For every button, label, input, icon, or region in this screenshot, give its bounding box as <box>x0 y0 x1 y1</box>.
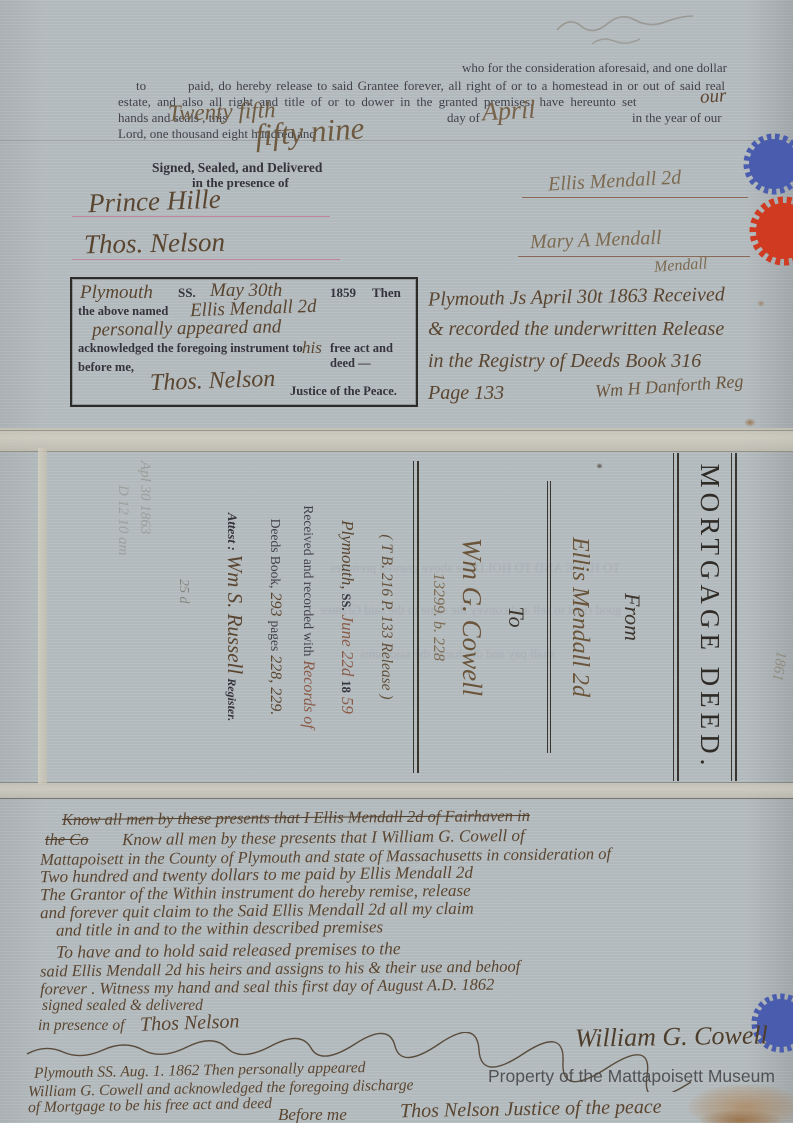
docket-corner-mark: 1861 <box>768 650 789 682</box>
red-wafer-seal <box>748 195 793 267</box>
docket-pages-numbers: 228, 229. <box>267 655 284 715</box>
docket-received-printed: Received and recorded with <box>301 505 316 656</box>
notary-year: 1859 <box>330 285 356 301</box>
foxing-spot-2 <box>757 300 765 307</box>
fold-crease-upper-a <box>0 430 793 431</box>
docket-title: MORTGAGE DEED. <box>694 451 725 783</box>
docket-attest-line: Attest : Wm S. Russell Register. <box>222 451 247 783</box>
grantor-signature-top: Ellis Mendall 2d <box>547 167 681 197</box>
grantor-sig-line <box>522 197 748 198</box>
docket-date: June 22d <box>338 615 357 677</box>
notary-free-act: free act and deed — <box>330 341 410 371</box>
fold-gap-upper <box>0 428 793 452</box>
docket-from-label: From <box>619 451 645 783</box>
fill-in-month: April <box>481 95 536 128</box>
witness-sig-line-2 <box>72 259 340 260</box>
blue-wafer-seal-top <box>742 132 793 196</box>
docket-ss: SS. <box>339 594 353 611</box>
notary-before-me: before me, <box>78 360 134 375</box>
docket-book-line: Deeds Book, 293 pages 228, 229. <box>266 451 284 783</box>
release-clause-line4b: day of <box>447 110 480 126</box>
notary-jp-title: Justice of the Peace. <box>290 384 397 399</box>
deed-paper: who for the consideration aforesaid, and… <box>0 0 793 1123</box>
witness-heading-1: Signed, Sealed, and Delivered <box>152 160 322 176</box>
register-signature: Wm H Danforth Reg <box>594 371 744 402</box>
docket-register-label: Register. <box>225 678 239 721</box>
docket-year-hw: 59 <box>338 697 357 714</box>
release-clause-line2: paid, do hereby release to said Grantee … <box>188 78 725 94</box>
docket-pencil-fee: 25 d <box>175 579 191 604</box>
docket-grantor: Ellis Mendall 2d <box>566 451 593 783</box>
docket-grantee: Wm G. Cowell <box>456 451 487 783</box>
docket-year-printed: 18 <box>339 680 353 693</box>
bottom-notary-signature: Thos Nelson Justice of the peace <box>400 1096 662 1123</box>
notary-then: Then <box>372 285 401 301</box>
recording-note-line3: in the Registry of Deeds Book 316 <box>428 350 701 373</box>
witness-sig-line-1 <box>72 216 330 217</box>
release-clause-line4c: in the year of our <box>632 110 722 126</box>
notary-ss: SS. <box>178 285 196 301</box>
docket-rule-under-title <box>673 453 679 781</box>
docket-received-hw: Records of <box>300 660 317 728</box>
recording-note-line2: & recorded the underwritten Release <box>428 318 724 341</box>
release-clause-line1: who for the consideration aforesaid, and… <box>462 60 727 76</box>
docket-to-label: To <box>503 451 529 783</box>
witness-signature-1: Prince Hille <box>87 184 221 220</box>
fill-in-our: our <box>699 85 727 109</box>
release-body-line7: and title in and to the within described… <box>56 917 383 940</box>
docket-rule-grantor <box>547 481 551 753</box>
witness-signature-2: Thos. Nelson <box>84 227 226 260</box>
notary-signature: Thos. Nelson <box>150 366 276 397</box>
docket-file-number: 13299. b. 228 <box>429 451 447 783</box>
docket-attest-label: Attest : <box>225 513 240 551</box>
docket-pencil-note-2: D 12 10 am <box>114 485 131 555</box>
spouse-sig-line <box>518 256 750 257</box>
notary-acknowledged: acknowledged the foregoing instrument to <box>78 341 303 356</box>
docket-rule-grantee <box>413 461 419 773</box>
struck-fragment: the Co <box>45 830 89 850</box>
docket-pages-label: pages <box>268 621 283 652</box>
fold-crease-lower-b <box>0 798 793 799</box>
docket-county-line: Plymouth, SS. June 22d 18 59 <box>337 451 357 783</box>
bottom-notary-before-me: Before me <box>278 1105 347 1123</box>
notary-his: his <box>302 338 322 358</box>
spouse-signature: Mary A Mendall <box>530 227 662 255</box>
mortgage-deed-docket: 1861 MORTGAGE DEED. From Ellis Mendall 2… <box>47 451 787 783</box>
fold-gap-lower <box>0 783 793 798</box>
docket-attest-signature: Wm S. Russell <box>223 555 247 675</box>
recording-note-line1: Plymouth Js April 30t 1863 Received <box>428 283 725 311</box>
docket-book-number: 293 <box>267 593 284 617</box>
bottom-notary-line3: of Mortgage to be his free act and deed <box>28 1095 272 1117</box>
notary-personally: personally appeared and <box>92 316 282 341</box>
docket-pencil-note-1: Apl 30 1863 <box>136 461 153 534</box>
docket-book-label: Deeds Book, <box>268 519 283 589</box>
notary-above-named: the above named <box>78 304 168 319</box>
notary-county: Plymouth <box>80 282 153 304</box>
stain-bottom-edge <box>700 1110 780 1123</box>
release-clause-line2-to: to <box>136 78 146 94</box>
spouse-signature-2: Mendall <box>653 255 707 277</box>
recording-note-line4: Page 133 <box>428 382 504 405</box>
docket-received-line: Received and recorded with Records of <box>299 451 317 783</box>
fill-in-year: fifty nine <box>254 110 366 154</box>
habendum-line10: forever . Witness my hand and seal this … <box>40 975 495 1000</box>
docket-county: Plymouth, <box>338 520 357 589</box>
docket-release-ref: ( T B. 216 P. 133 Release ) <box>377 451 395 783</box>
corner-scribble <box>552 2 702 48</box>
foxing-spot-1 <box>744 418 756 427</box>
docket-rule-top <box>731 453 737 781</box>
left-fold-edge <box>38 448 47 784</box>
